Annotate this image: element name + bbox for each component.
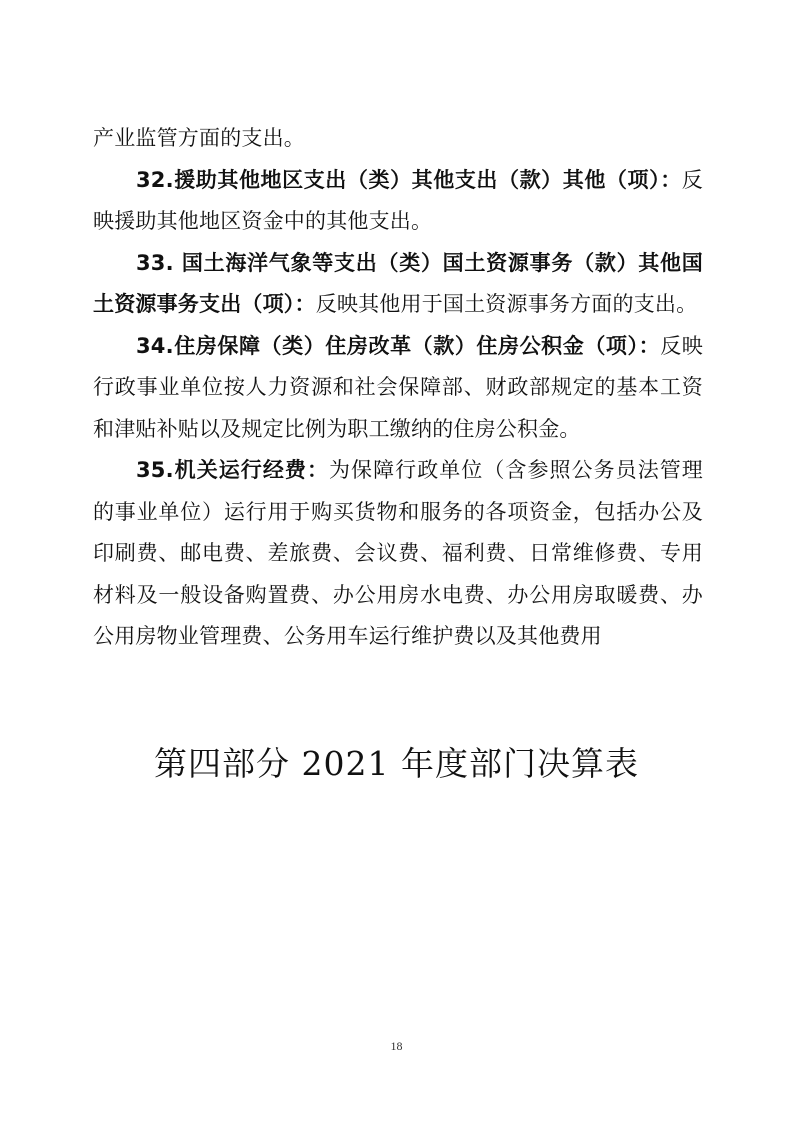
paragraph-32: 32.援助其他地区支出（类）其他支出（款）其他（项）：反映援助其他地区资金中的其… <box>93 160 703 243</box>
page-number: 18 <box>0 1039 793 1054</box>
paragraph-35: 35.机关运行经费：为保障行政单位（含参照公务员法管理的事业单位）运行用于购买货… <box>93 450 703 658</box>
paragraph-heading: 34.住房保障（类）住房改革（款）住房公积金（项）： <box>136 334 660 358</box>
paragraph-33: 33. 国土海洋气象等支出（类）国土资源事务（款）其他国土资源事务支出（项）：反… <box>93 243 703 326</box>
paragraph-31-continuation: 产业监管方面的支出。 <box>93 118 703 160</box>
paragraph-heading: 35.机关运行经费： <box>136 458 329 482</box>
paragraph-34: 34.住房保障（类）住房改革（款）住房公积金（项）：反映行政事业单位按人力资源和… <box>93 326 703 451</box>
section-title: 第四部分 2021 年度部门决算表 <box>0 738 793 785</box>
paragraph-text: 产业监管方面的支出。 <box>93 126 305 150</box>
paragraph-heading: 32.援助其他地区支出（类）其他支出（款）其他（项）： <box>136 168 682 192</box>
paragraph-text: 反映其他用于国土资源事务方面的支出。 <box>316 292 698 316</box>
body-text: 产业监管方面的支出。 32.援助其他地区支出（类）其他支出（款）其他（项）：反映… <box>93 118 703 658</box>
paragraph-text: 为保障行政单位（含参照公务员法管理的事业单位）运行用于购买货物和服务的各项资金，… <box>93 458 703 648</box>
document-page: 产业监管方面的支出。 32.援助其他地区支出（类）其他支出（款）其他（项）：反映… <box>0 0 793 1122</box>
